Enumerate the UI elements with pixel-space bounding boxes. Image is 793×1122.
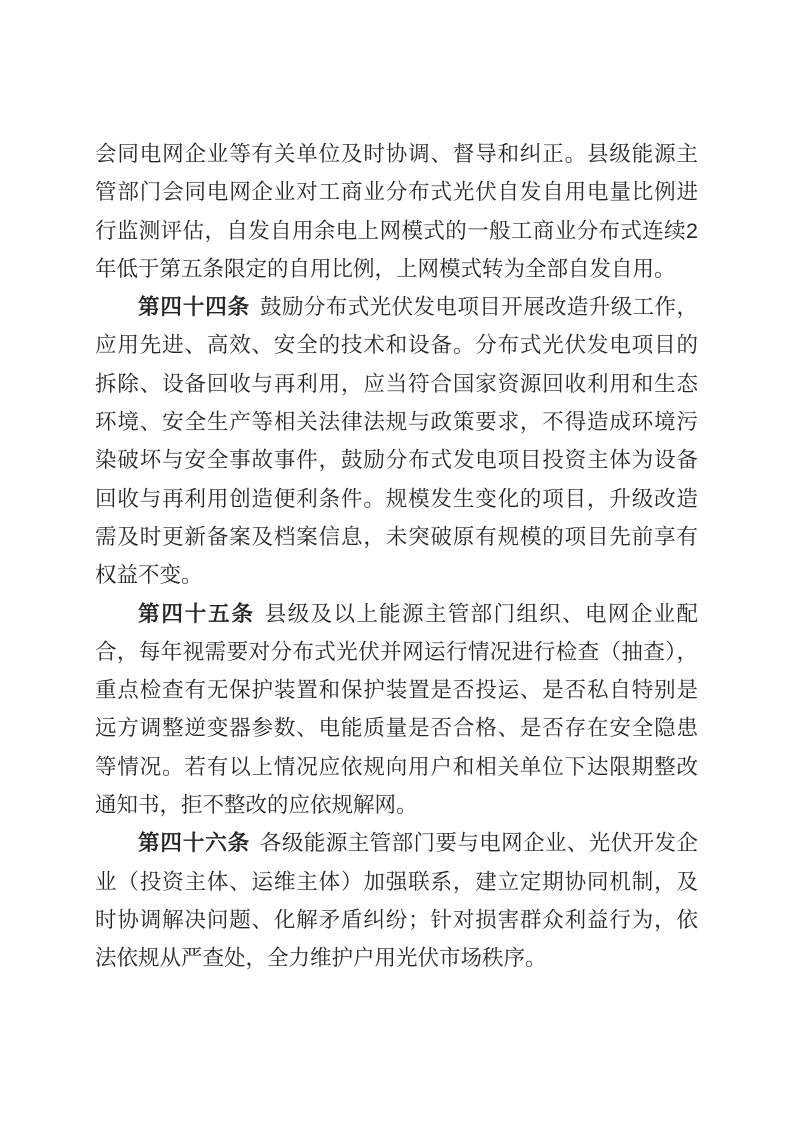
line-text: 合，每年视需要对分布式光伏并网运行情况进行检查（抽查）， bbox=[95, 640, 698, 664]
line-text: 远方调整逆变器参数、电能质量是否合格、是否存在安全隐患 bbox=[95, 716, 698, 740]
line-text: 年低于第五条限定的自用比例，上网模式转为全部自发自用。 bbox=[95, 257, 676, 281]
paragraph-article-45: 第四十五条县级及以上能源主管部门组织、电网企业配 合，每年视需要对分布式光伏并网… bbox=[95, 595, 698, 825]
paragraph-article-44: 第四十四条鼓励分布式光伏发电项目开展改造升级工作， 应用先进、高效、安全的技术和… bbox=[95, 288, 698, 594]
document-body: 会同电网企业等有关单位及时协调、督导和纠正。县级能源主 管部门会同电网企业对工商… bbox=[95, 135, 698, 978]
line-text: 时协调解决问题、化解矛盾纠纷；针对损害群众利益行为，依 bbox=[95, 908, 698, 932]
text-line: 时协调解决问题、化解矛盾纠纷；针对损害群众利益行为，依 bbox=[95, 901, 698, 939]
text-line: 第四十六条各级能源主管部门要与电网企业、光伏开发企 bbox=[95, 824, 698, 862]
text-line: 合，每年视需要对分布式光伏并网运行情况进行检查（抽查）， bbox=[95, 633, 698, 671]
article-number-label: 第四十四条 bbox=[138, 295, 250, 319]
text-line: 重点检查有无保护装置和保护装置是否投运、是否私自特别是 bbox=[95, 671, 698, 709]
line-text: 环境、安全生产等相关法律法规与政策要求，不得造成环境污 bbox=[95, 410, 698, 434]
line-text: 会同电网企业等有关单位及时协调、督导和纠正。县级能源主 bbox=[95, 142, 698, 166]
text-line: 回收与再利用创造便利条件。规模发生变化的项目，升级改造 bbox=[95, 480, 698, 518]
text-line: 会同电网企业等有关单位及时协调、督导和纠正。县级能源主 bbox=[95, 135, 698, 173]
text-line: 需及时更新备案及档案信息，未突破原有规模的项目先前享有 bbox=[95, 518, 698, 556]
line-text: 重点检查有无保护装置和保护装置是否投运、是否私自特别是 bbox=[95, 678, 698, 702]
line-text: 法依规从严查处，全力维护户用光伏市场秩序。 bbox=[95, 946, 547, 970]
text-line: 远方调整逆变器参数、电能质量是否合格、是否存在安全隐患 bbox=[95, 709, 698, 747]
line-text: 通知书，拒不整改的应依规解网。 bbox=[95, 793, 418, 817]
line-text: 回收与再利用创造便利条件。规模发生变化的项目，升级改造 bbox=[95, 487, 698, 511]
line-text: 拆除、设备回收与再利用，应当符合国家资源回收利用和生态 bbox=[95, 372, 698, 396]
line-text: 各级能源主管部门要与电网企业、光伏开发企 bbox=[260, 831, 698, 855]
line-text: 权益不变。 bbox=[95, 563, 203, 587]
text-line: 业（投资主体、运维主体）加强联系，建立定期协同机制，及 bbox=[95, 863, 698, 901]
text-line: 染破坏与安全事故事件，鼓励分布式发电项目投资主体为设备 bbox=[95, 441, 698, 479]
paragraph-continuation: 会同电网企业等有关单位及时协调、督导和纠正。县级能源主 管部门会同电网企业对工商… bbox=[95, 135, 698, 288]
line-text: 县级及以上能源主管部门组织、电网企业配 bbox=[265, 602, 698, 626]
text-line: 管部门会同电网企业对工商业分布式光伏自发自用电量比例进 bbox=[95, 173, 698, 211]
article-number-label: 第四十五条 bbox=[138, 602, 255, 626]
line-text: 行监测评估，自发自用余电上网模式的一般工商业分布式连续2 bbox=[95, 219, 698, 243]
line-text: 等情况。若有以上情况应依规向用户和相关单位下达限期整改 bbox=[95, 755, 698, 779]
line-text: 业（投资主体、运维主体）加强联系，建立定期协同机制，及 bbox=[95, 870, 698, 894]
line-text: 应用先进、高效、安全的技术和设备。分布式光伏发电项目的 bbox=[95, 333, 698, 357]
text-line: 第四十五条县级及以上能源主管部门组织、电网企业配 bbox=[95, 595, 698, 633]
text-line: 应用先进、高效、安全的技术和设备。分布式光伏发电项目的 bbox=[95, 326, 698, 364]
text-line: 行监测评估，自发自用余电上网模式的一般工商业分布式连续2 bbox=[95, 212, 698, 250]
line-text: 管部门会同电网企业对工商业分布式光伏自发自用电量比例进 bbox=[95, 180, 698, 204]
text-line: 拆除、设备回收与再利用，应当符合国家资源回收利用和生态 bbox=[95, 365, 698, 403]
line-text: 鼓励分布式光伏发电项目开展改造升级工作， bbox=[260, 295, 698, 319]
article-number-label: 第四十六条 bbox=[138, 831, 250, 855]
document-page: 会同电网企业等有关单位及时协调、督导和纠正。县级能源主 管部门会同电网企业对工商… bbox=[0, 0, 793, 1122]
text-line: 等情况。若有以上情况应依规向用户和相关单位下达限期整改 bbox=[95, 748, 698, 786]
paragraph-article-46: 第四十六条各级能源主管部门要与电网企业、光伏开发企 业（投资主体、运维主体）加强… bbox=[95, 824, 698, 977]
text-line: 第四十四条鼓励分布式光伏发电项目开展改造升级工作， bbox=[95, 288, 698, 326]
text-line: 法依规从严查处，全力维护户用光伏市场秩序。 bbox=[95, 939, 698, 977]
text-line: 环境、安全生产等相关法律法规与政策要求，不得造成环境污 bbox=[95, 403, 698, 441]
text-line: 通知书，拒不整改的应依规解网。 bbox=[95, 786, 698, 824]
line-text: 需及时更新备案及档案信息，未突破原有规模的项目先前享有 bbox=[95, 525, 698, 549]
text-line: 权益不变。 bbox=[95, 556, 698, 594]
line-text: 染破坏与安全事故事件，鼓励分布式发电项目投资主体为设备 bbox=[95, 448, 698, 472]
text-line: 年低于第五条限定的自用比例，上网模式转为全部自发自用。 bbox=[95, 250, 698, 288]
